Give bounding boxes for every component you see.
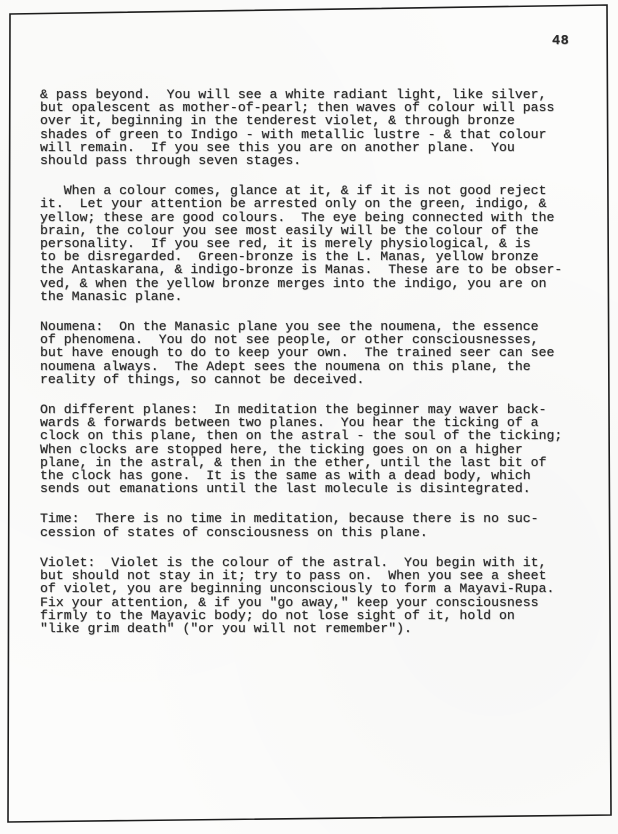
paragraph-violet: Violet: Violet is the colour of the astr… — [40, 556, 580, 635]
body-text: & pass beyond. You will see a white radi… — [40, 88, 580, 652]
paragraph-noumena: Noumena: On the Manasic plane you see th… — [40, 320, 580, 386]
paragraph-pass-beyond: & pass beyond. You will see a white radi… — [40, 88, 580, 167]
paragraph-when-a-colour-comes: When a colour comes, glance at it, & if … — [40, 184, 580, 303]
paragraph-time: Time: There is no time in meditation, be… — [40, 512, 580, 538]
scanned-page: 48 & pass beyond. You will see a white r… — [0, 0, 618, 834]
paragraph-on-different-planes: On different planes: In meditation the b… — [40, 403, 580, 495]
page-number: 48 — [552, 34, 569, 49]
